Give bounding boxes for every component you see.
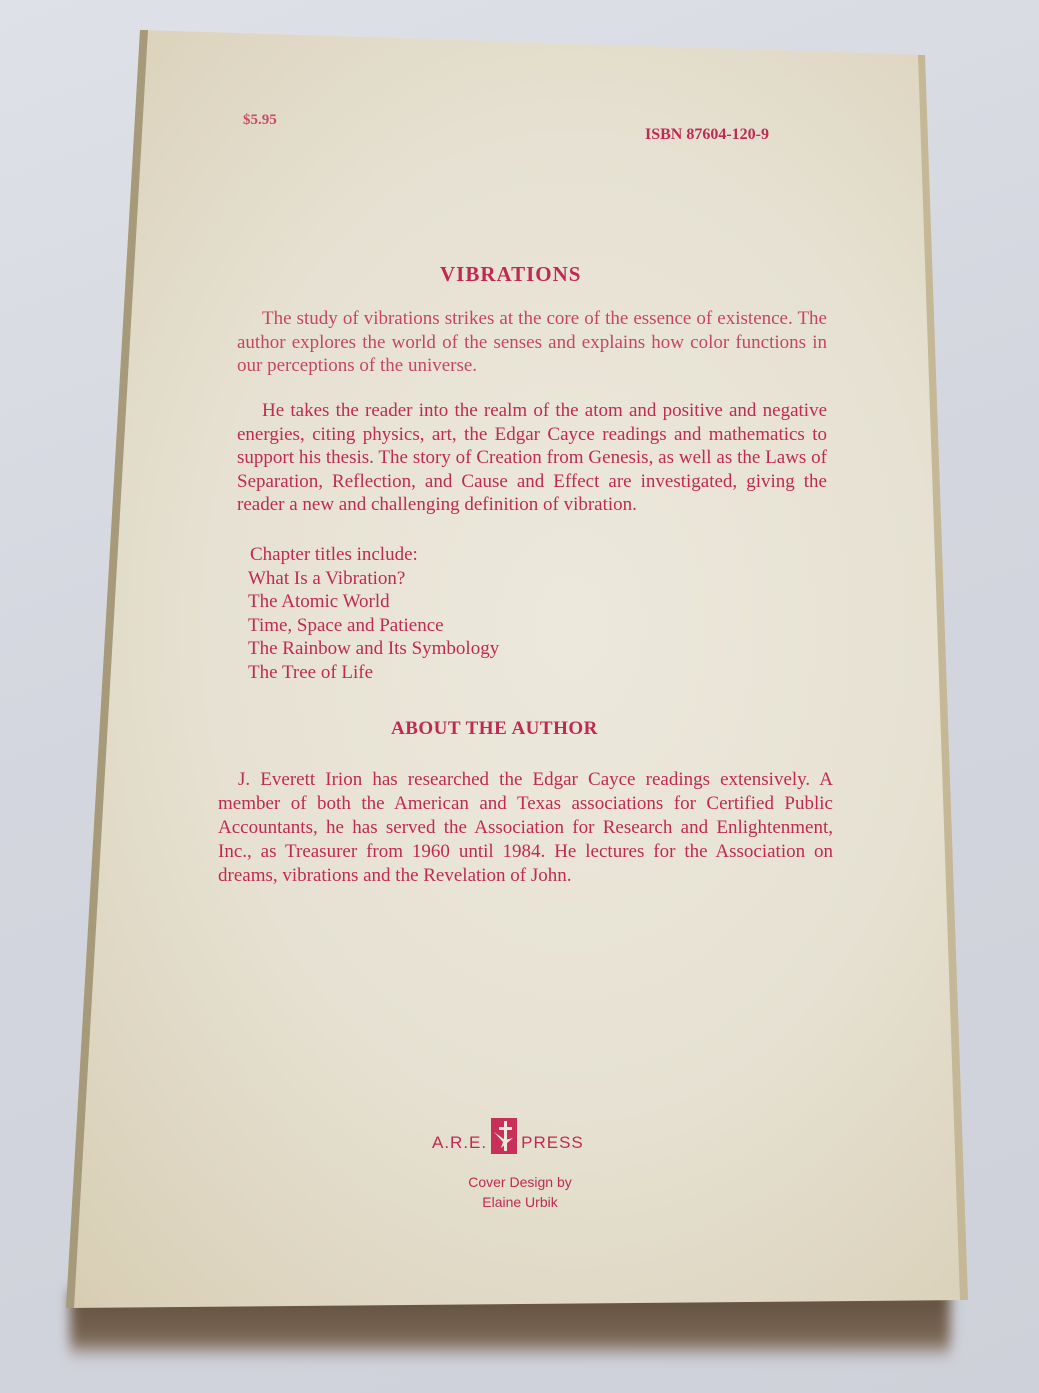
- author-bio-text: J. Everett Irion has researched the Edga…: [218, 768, 833, 888]
- book-title: VIBRATIONS: [440, 262, 581, 287]
- chapter-item: What Is a Vibration?: [248, 567, 499, 591]
- cover-text-layer: $5.95 ISBN 87604-120-9 VIBRATIONS The st…: [0, 0, 1039, 1393]
- publisher-imprint: A.R.E. PRESS: [432, 1118, 584, 1153]
- chapter-item: The Atomic World: [248, 590, 499, 614]
- chapter-item: The Tree of Life: [248, 661, 499, 685]
- price-label: $5.95: [243, 112, 277, 129]
- description-paragraph-1: The study of vibrations strikes at the c…: [237, 307, 827, 378]
- description-text-1: The study of vibrations strikes at the c…: [237, 307, 827, 378]
- about-author-heading: ABOUT THE AUTHOR: [391, 718, 598, 740]
- description-paragraph-2: He takes the reader into the realm of th…: [237, 399, 827, 517]
- dove-cross-logo-icon: [491, 1118, 517, 1154]
- author-bio: J. Everett Irion has researched the Edga…: [218, 768, 833, 888]
- chapter-item: Time, Space and Patience: [248, 614, 499, 638]
- publisher-name-left: A.R.E.: [432, 1133, 487, 1153]
- credit-line-2: Elaine Urbik: [440, 1192, 600, 1212]
- chapter-item: The Rainbow and Its Symbology: [248, 637, 499, 661]
- chapter-list: Chapter titles include: What Is a Vibrat…: [248, 543, 499, 684]
- chapter-list-intro: Chapter titles include:: [250, 543, 499, 567]
- isbn-label: ISBN 87604-120-9: [645, 126, 769, 144]
- credit-line-1: Cover Design by: [440, 1172, 600, 1192]
- publisher-name-right: PRESS: [521, 1133, 584, 1153]
- cover-design-credit: Cover Design by Elaine Urbik: [440, 1172, 600, 1212]
- description-text-2: He takes the reader into the realm of th…: [237, 399, 827, 517]
